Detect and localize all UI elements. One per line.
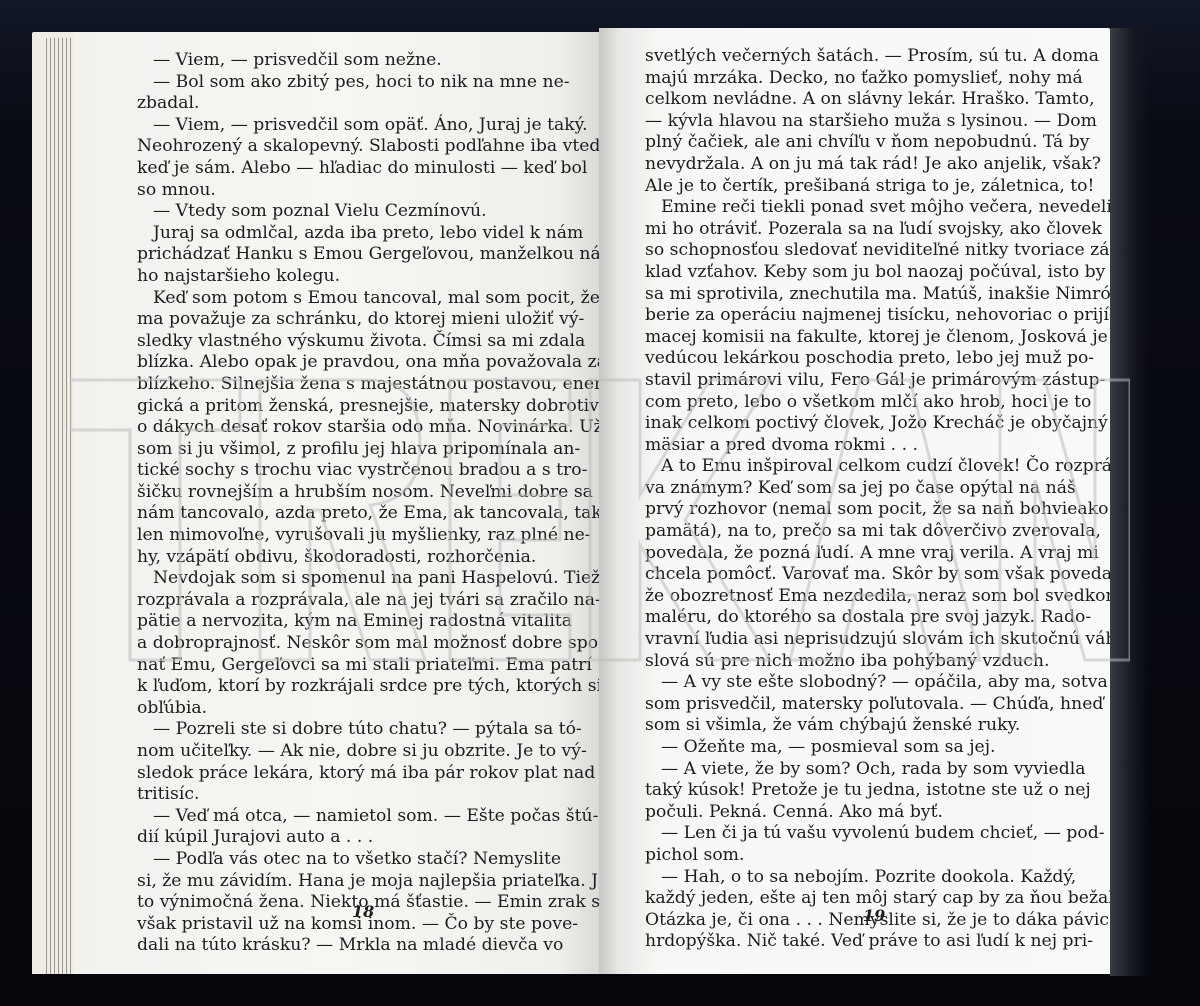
text-line: dali na túto krásku? — Mrkla na mladé di… — [137, 935, 557, 957]
page-shadow — [1110, 28, 1150, 976]
text-line: Keď som potom s Emou tancoval, mal som p… — [137, 288, 557, 310]
text-line: — kývla hlavou na staršieho muža s lysin… — [645, 111, 1069, 133]
text-line: com preto, lebo o všetkom mlčí ako hrob,… — [645, 392, 1069, 414]
text-line: inak celkom poctivý človek, Jožo Krecháč… — [645, 413, 1069, 435]
text-line: Emine reči tiekli ponad svet môjho večer… — [645, 197, 1069, 219]
text-line: pichol som. — [645, 845, 1069, 867]
text-line: taký kúsok! Pretože je tu jedna, istotne… — [645, 780, 1069, 802]
text-line: prvý rozhovor (nemal som pocit, že sa na… — [645, 499, 1069, 521]
text-line: nám tancovalo, azda preto, že Ema, ak ta… — [137, 503, 557, 525]
text-line: nom učiteľky. — Ak nie, dobre si ju obzr… — [137, 741, 557, 763]
text-line: som si ju všimol, z profilu jej hlava pr… — [137, 439, 557, 461]
text-line: že obozretnosť Ema nezdedila, neraz som … — [645, 586, 1069, 608]
text-line: len mimovoľne, vyrušovali ju myšlienky, … — [137, 525, 557, 547]
text-line: pamätá), na to, prečo sa mi tak dôverčiv… — [645, 521, 1069, 543]
text-line: dií kúpil Jurajovi auto a . . . — [137, 827, 557, 849]
text-line: Otázka je, či ona . . . Nemyslite si, že… — [645, 910, 1069, 932]
text-line: mi ho otráviť. Pozerala sa na ľudí svojs… — [645, 219, 1069, 241]
text-line: sledky vlastného výskumu života. Čímsi s… — [137, 331, 557, 353]
text-line: som si všimla, že vám chýbajú ženské ruk… — [645, 715, 1069, 737]
text-line: Ale je to čertík, prešibaná striga to je… — [645, 176, 1069, 198]
text-line: k ľuďom, ktorí by rozkrájali srdce pre t… — [137, 676, 557, 698]
text-line: rozprávala a rozprávala, ale na jej tvár… — [137, 590, 557, 612]
text-line: — Vtedy som poznal Vielu Cezmínovú. — [137, 201, 557, 223]
text-line: sa mi sprotivila, znechutila ma. Matúš, … — [645, 284, 1069, 306]
text-line: a dobroprajnosť. Neskôr som mal možnosť … — [137, 633, 557, 655]
text-line: keď je sám. Alebo — hľadiac do minulosti… — [137, 158, 557, 180]
text-line: — Len či ja tú vašu vyvolenú budem chcie… — [645, 823, 1069, 845]
text-line: šičku rovnejším a hrubším nosom. Neveľmi… — [137, 482, 557, 504]
text-line: mäsiar a pred dvoma rokmi . . . — [645, 435, 1069, 457]
text-line: slová sú pre nich možno iba pohýbaný vzd… — [645, 651, 1069, 673]
text-line: klad vzťahov. Keby som ju bol naozaj poč… — [645, 262, 1069, 284]
page-number-left: 18 — [352, 902, 374, 921]
text-line: Nevdojak som si spomenul na pani Haspelo… — [137, 568, 557, 590]
text-line: sledok práce lekára, ktorý má iba pár ro… — [137, 763, 557, 785]
text-line: — Pozreli ste si dobre túto chatu? — pýt… — [137, 719, 557, 741]
page-number-right: 19 — [863, 906, 885, 925]
text-line: blízkeho. Silnejšia žena s majestátnou p… — [137, 374, 557, 396]
text-line: to výnimočná žena. Niekto má šťastie. — … — [137, 892, 557, 914]
text-line: pätie a nervozita, kým na Eminej radostn… — [137, 611, 557, 633]
text-line: — A vy ste ešte slobodný? — opáčila, aby… — [645, 672, 1069, 694]
text-line: tritisíc. — [137, 784, 557, 806]
text-line: tické sochy s trochu viac vystrčenou bra… — [137, 460, 557, 482]
text-line: berie za operáciu najmenej tisícku, neho… — [645, 305, 1069, 327]
text-line: — Veď má otca, — namietol som. — Ešte po… — [137, 806, 557, 828]
text-line: som prisvedčil, matersky poľutovala. — C… — [645, 694, 1069, 716]
text-line: A to Emu inšpiroval celkom cudzí človek!… — [645, 456, 1069, 478]
text-line: maléru, do ktorého sa dostala pre svoj j… — [645, 607, 1069, 629]
text-line: si, že mu závidím. Hana je moja najlepši… — [137, 871, 557, 893]
text-line: — A viete, že by som? Och, rada by som v… — [645, 759, 1069, 781]
text-line: va známym? Keď som sa jej po čase opýtal… — [645, 478, 1069, 500]
text-line: — Viem, — prisvedčil som nežne. — [137, 50, 557, 72]
right-page: svetlých večerných šatách. — Prosím, sú … — [599, 28, 1110, 974]
text-line: každý jeden, ešte aj ten môj starý cap b… — [645, 888, 1069, 910]
text-line: počuli. Pekná. Cenná. Ako má byť. — [645, 802, 1069, 824]
text-line: — Podľa vás otec na to všetko stačí? Nem… — [137, 849, 557, 871]
right-page-text: svetlých večerných šatách. — Prosím, sú … — [645, 46, 1069, 953]
left-page: — Viem, — prisvedčil som nežne.— Bol som… — [74, 32, 599, 974]
text-line: majú mrzáka. Decko, no ťažko pomyslieť, … — [645, 68, 1069, 90]
left-page-text: — Viem, — prisvedčil som nežne.— Bol som… — [137, 50, 557, 957]
text-line: svetlých večerných šatách. — Prosím, sú … — [645, 46, 1069, 68]
text-line: Juraj sa odmlčal, azda iba preto, lebo v… — [137, 223, 557, 245]
open-book: — Viem, — prisvedčil som nežne.— Bol som… — [32, 28, 1110, 976]
text-line: vravní ľudia asi neprisudzujú slovám ich… — [645, 629, 1069, 651]
text-line: celkom nevládne. A on slávny lekár. Hraš… — [645, 89, 1069, 111]
text-line: však pristavil už na komsi inom. — Čo by… — [137, 914, 557, 936]
text-line: chcela pomôcť. Varovať ma. Skôr by som v… — [645, 564, 1069, 586]
text-line: Neohrozený a skalopevný. Slabosti podľah… — [137, 136, 557, 158]
text-line: plný čačiek, ale ani chvíľu v ňom nepobu… — [645, 132, 1069, 154]
text-line: — Viem, — prisvedčil som opäť. Áno, Jura… — [137, 115, 557, 137]
text-line: nevydržala. A on ju má tak rád! Je ako a… — [645, 154, 1069, 176]
text-line: zbadal. — [137, 93, 557, 115]
text-line: gická a pritom ženská, presnejšie, mater… — [137, 396, 557, 418]
text-line: ho najstaršieho kolegu. — [137, 266, 557, 288]
text-line: blízka. Alebo opak je pravdou, ona mňa p… — [137, 352, 557, 374]
text-line: so schopnosťou sledovať neviditeľné nitk… — [645, 240, 1069, 262]
text-line: macej komisii na fakulte, ktorej je člen… — [645, 327, 1069, 349]
text-line: prichádzať Hanku s Emou Gergeľovou, manž… — [137, 244, 557, 266]
page-stack-edges — [32, 32, 74, 974]
text-line: stavil primárovi vilu, Fero Gál je primá… — [645, 370, 1069, 392]
text-line: povedala, že pozná ľudí. A mne vraj veri… — [645, 543, 1069, 565]
text-line: hrdopýška. Nič také. Veď práve to asi ľu… — [645, 931, 1069, 953]
text-line: — Ožeňte ma, — posmieval som sa jej. — [645, 737, 1069, 759]
text-line: obľúbia. — [137, 698, 557, 720]
text-line: o dákych desať rokov staršia odo mňa. No… — [137, 417, 557, 439]
text-line: — Bol som ako zbitý pes, hoci to nik na … — [137, 72, 557, 94]
text-line: hy, vzápätí obdivu, škodoradosti, rozhor… — [137, 547, 557, 569]
text-line: nať Emu, Gergeľovci sa mi stali priateľm… — [137, 655, 557, 677]
text-line: vedúcou lekárkou poschodia preto, lebo j… — [645, 348, 1069, 370]
text-line: so mnou. — [137, 180, 557, 202]
text-line: ma považuje za schránku, do ktorej mieni… — [137, 309, 557, 331]
text-line: — Hah, o to sa nebojím. Pozrite dookola.… — [645, 867, 1069, 889]
